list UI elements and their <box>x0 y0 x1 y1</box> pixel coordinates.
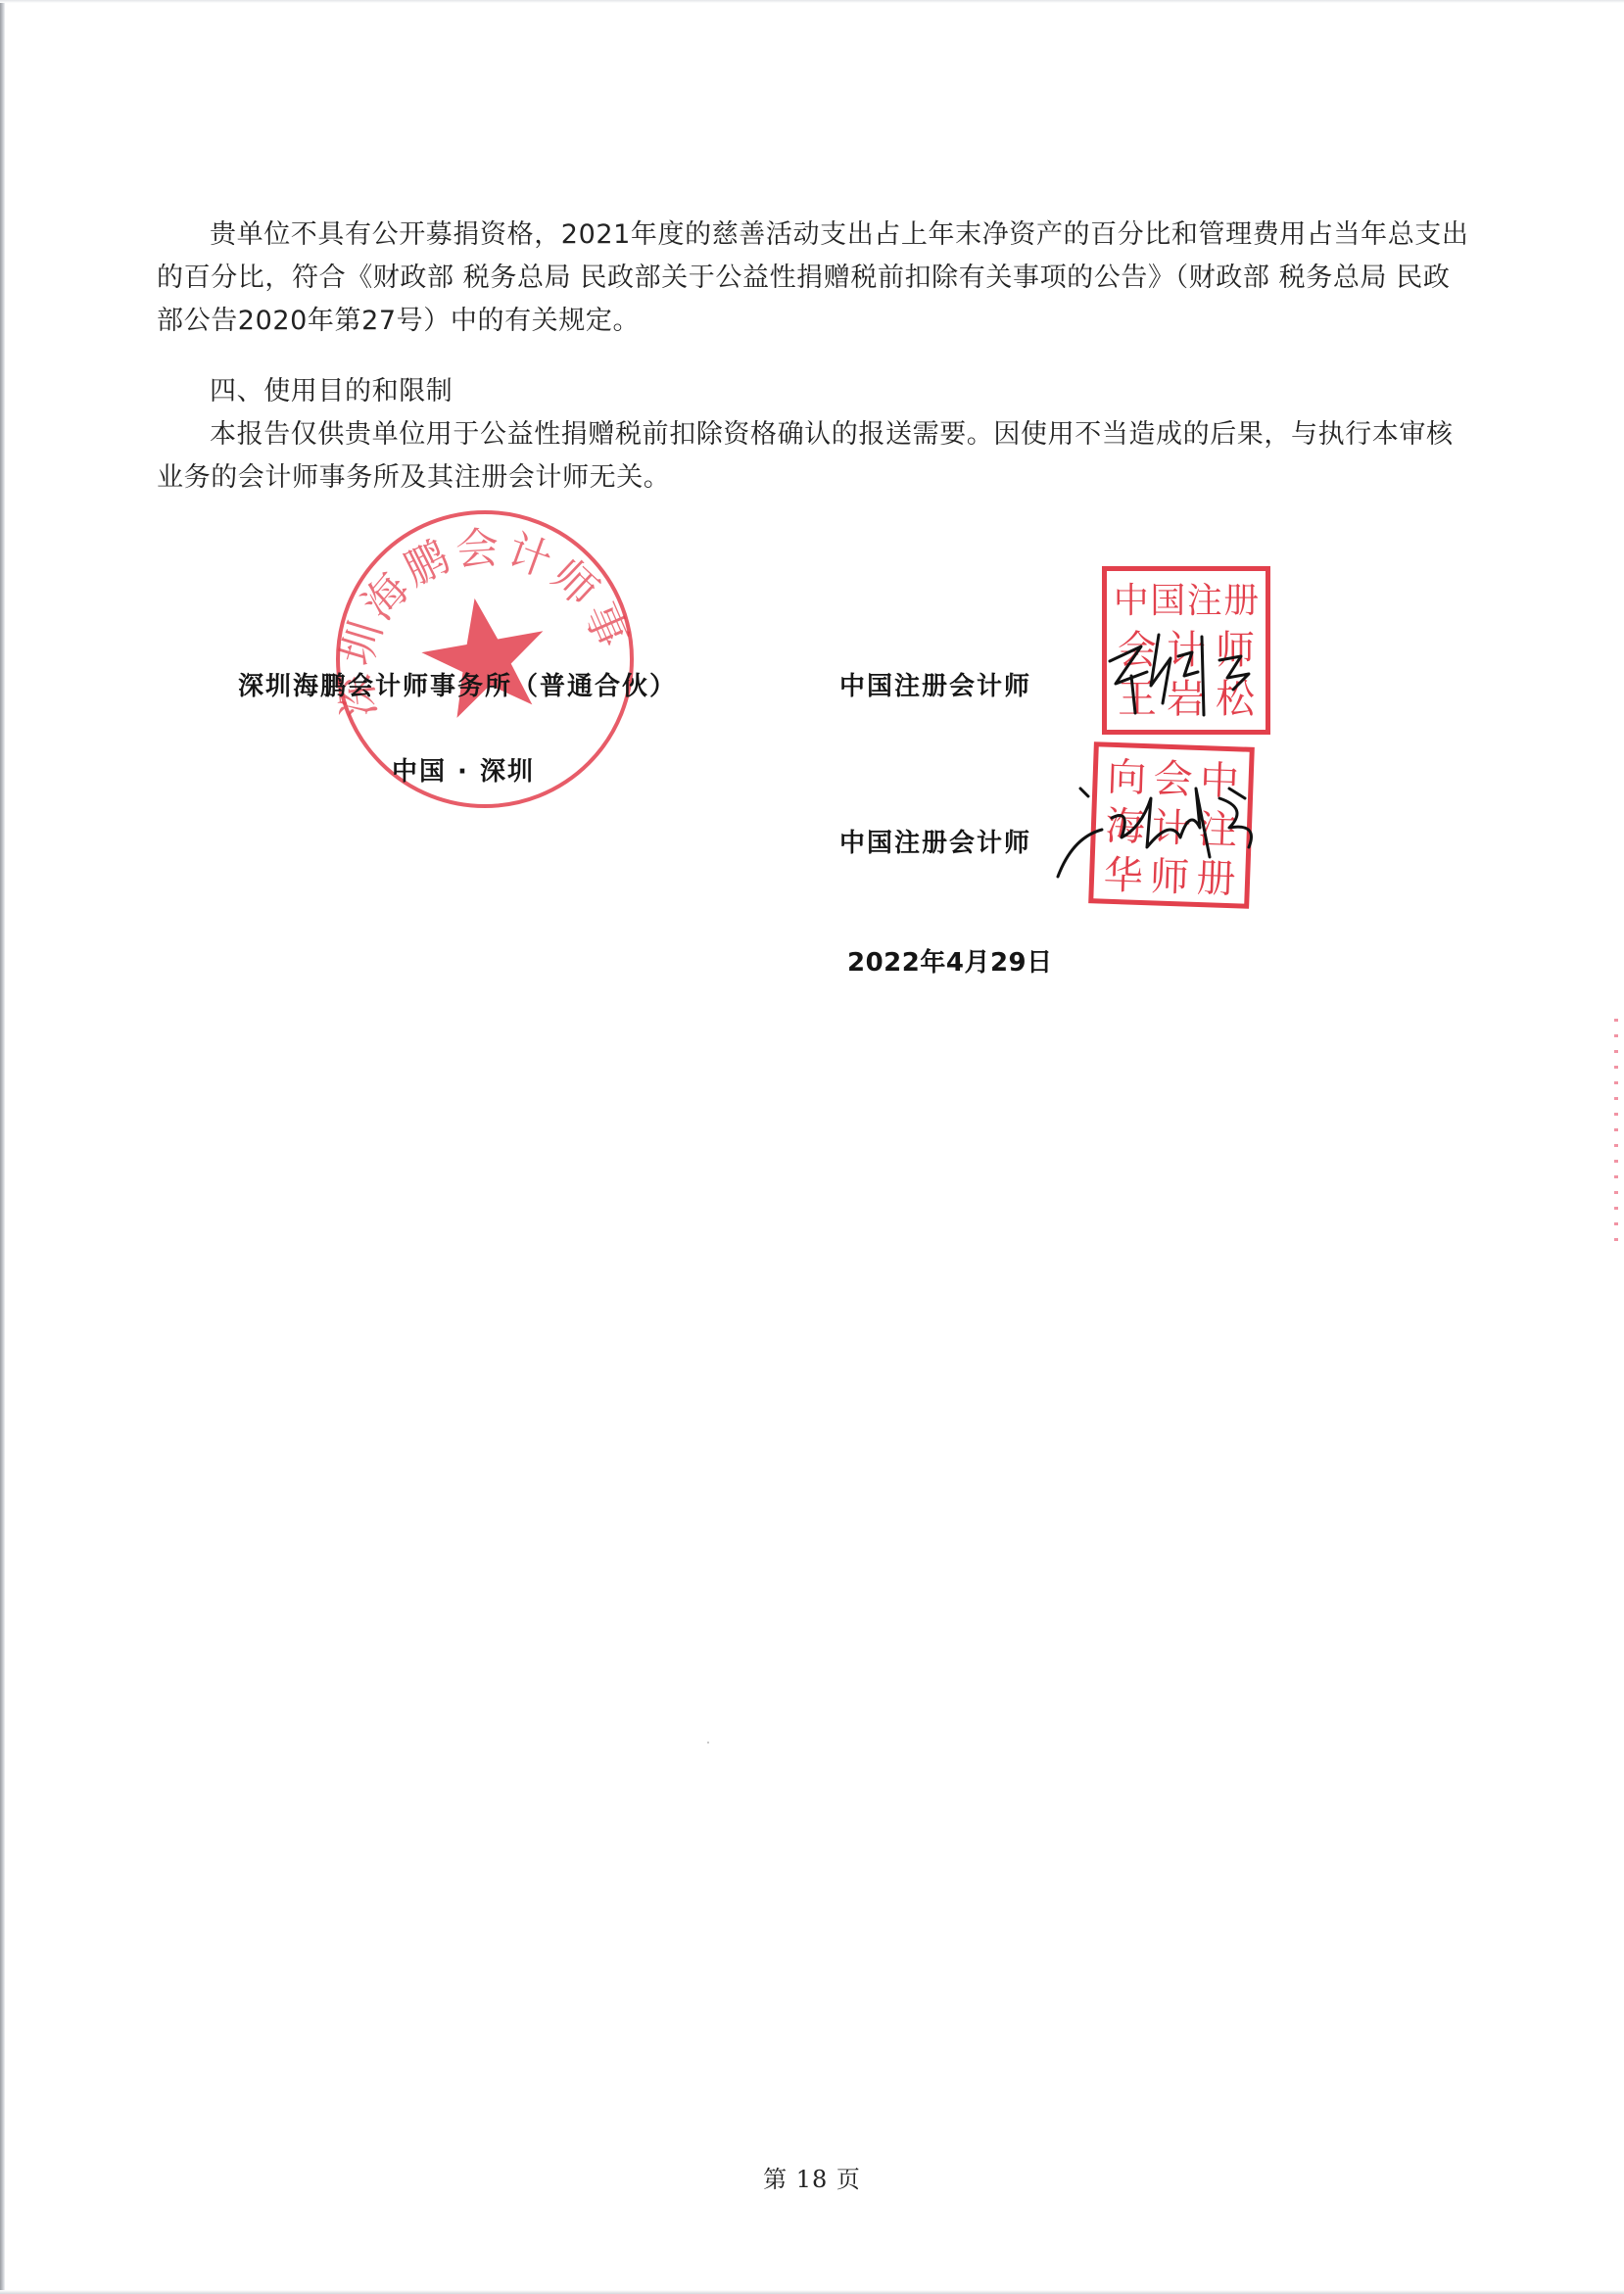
seal-2-char: 师 <box>1146 852 1194 903</box>
seal-2-char: 注 <box>1194 805 1242 856</box>
seal-1-char: 国 <box>1150 577 1187 626</box>
firm-location: 中国 · 深圳 <box>392 751 535 788</box>
firm-name: 深圳海鹏会计师事务所（普通合伙） <box>238 666 677 702</box>
scan-edge-top <box>0 0 1624 3</box>
right-edge-seam-marks <box>1614 1019 1618 1244</box>
seal-2-char: 海 <box>1101 802 1149 853</box>
seal-2-char: 会 <box>1149 754 1197 805</box>
seal-2-char: 华 <box>1099 851 1147 902</box>
cpa-label-2: 中国注册会计师 <box>839 823 1031 859</box>
usage-restriction-paragraph: 本报告仅供贵单位用于公益性捐赠税前扣除资格确认的报送需要。因使用不当造成的后果，… <box>157 413 1469 500</box>
section-heading-usage-restrictions: 四、使用目的和限制 <box>157 370 1469 413</box>
cpa-seal-1: 中 国 注 册 会 计 师 王 岩 松 <box>1102 566 1270 735</box>
seal-1-char: 注 <box>1186 577 1223 626</box>
seal-1-char: 会 <box>1113 626 1162 675</box>
seal-1-char: 计 <box>1162 626 1211 675</box>
scan-speck <box>707 1742 709 1744</box>
report-date: 2022年4月29日 <box>847 942 1053 979</box>
seal-2-char: 中 <box>1195 756 1243 807</box>
conclusion-paragraph: 贵单位不具有公开募捐资格，2021年度的慈善活动支出占上年末净资产的百分比和管理… <box>157 214 1469 343</box>
scan-edge-bottom <box>0 2290 1624 2294</box>
cpa-label-1: 中国注册会计师 <box>839 666 1031 702</box>
seal-1-char: 岩 <box>1162 675 1211 724</box>
page-number: 第 18 页 <box>0 2160 1624 2194</box>
seal-1-char: 王 <box>1113 675 1162 724</box>
seal-1-char: 师 <box>1211 626 1260 675</box>
seal-2-char: 册 <box>1192 854 1240 905</box>
scan-edge-left <box>0 0 5 2294</box>
seal-1-char: 册 <box>1223 577 1261 626</box>
seal-2-char: 计 <box>1147 803 1195 854</box>
seal-1-char: 松 <box>1211 675 1260 724</box>
cpa-seal-2: 向 会 中 海 计 注 华 师 册 <box>1088 741 1255 909</box>
seal-2-char: 向 <box>1103 753 1151 804</box>
seal-1-char: 中 <box>1113 577 1150 626</box>
